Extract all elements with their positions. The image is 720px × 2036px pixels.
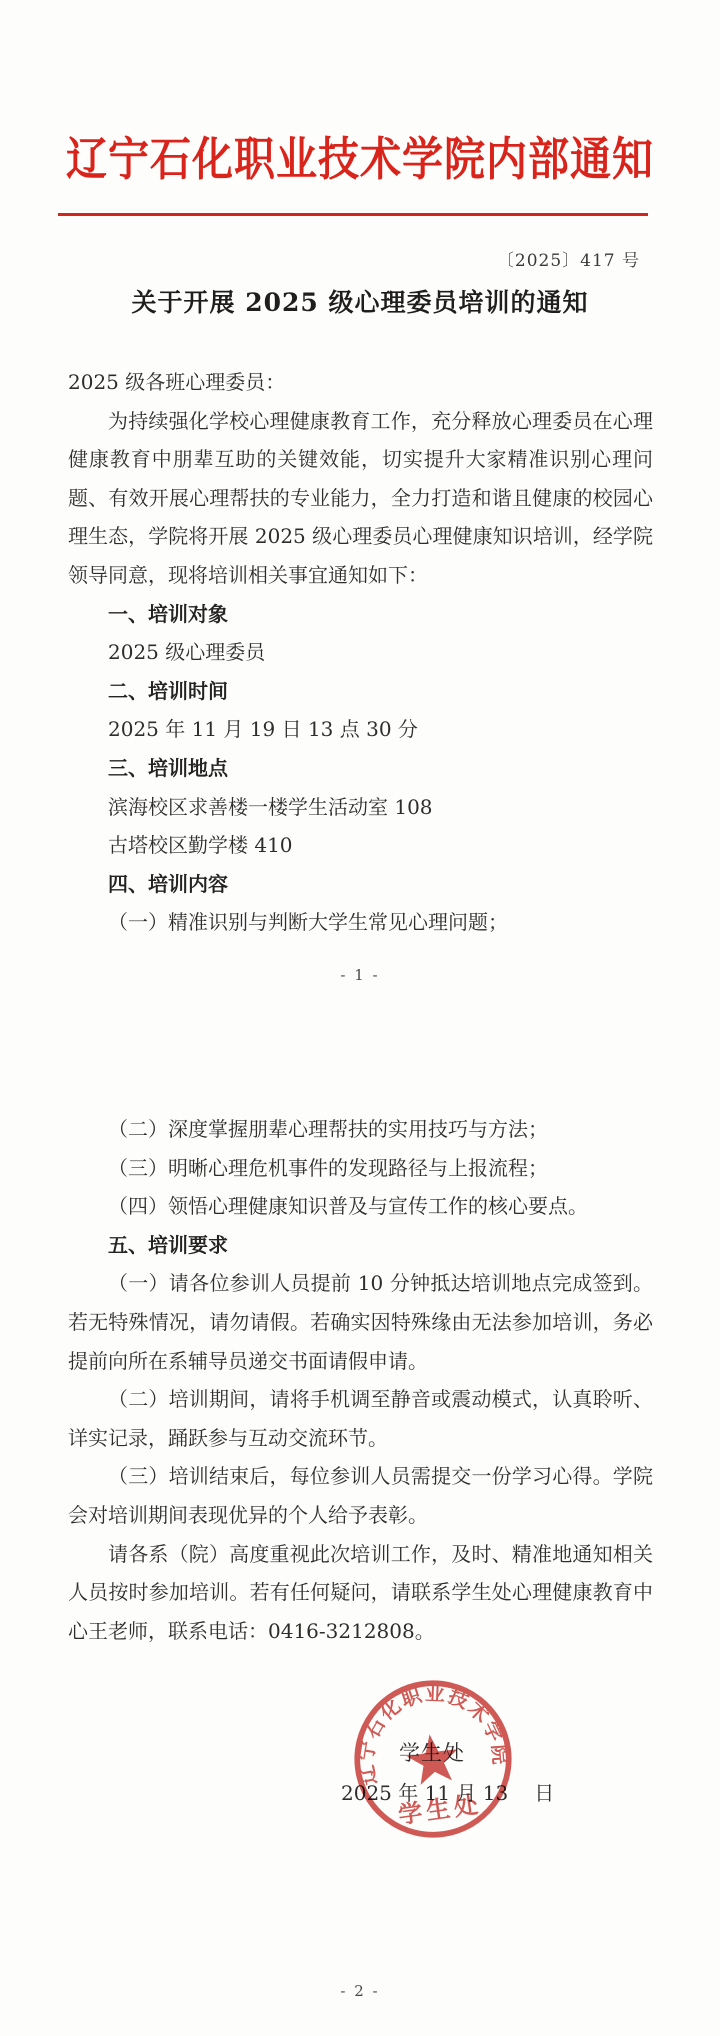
page2-number: - 2 - (0, 1982, 720, 2000)
letterhead-divider (58, 213, 648, 216)
section4-item2: （二）深度掌握朋辈心理帮扶的实用技巧与方法； (68, 1110, 653, 1149)
page1-body: 2025 级各班心理委员： 为持续强化学校心理健康教育工作，充分释放心理委员在心… (68, 363, 653, 942)
requirement3: （三）培训结束后，每位参训人员需提交一份学习心得。学院会对培训期间表现优异的个人… (68, 1457, 653, 1534)
section4-item3: （三）明晰心理危机事件的发现路径与上报流程； (68, 1149, 653, 1188)
seal-star-icon (404, 1731, 462, 1786)
section1-line: 2025 级心理委员 (68, 633, 653, 672)
intro-paragraph: 为持续强化学校心理健康教育工作，充分释放心理委员在心理健康教育中朋辈互助的关键效… (68, 402, 653, 595)
notice-title: 关于开展 2025 级心理委员培训的通知 (0, 283, 720, 319)
signature-date-day: 日 (534, 1781, 554, 1805)
section3-line2: 古塔校区勤学楼 410 (68, 826, 653, 865)
requirement1: （一）请各位参训人员提前 10 分钟抵达培训地点完成签到。若无特殊情况，请勿请假… (68, 1264, 653, 1380)
section4-item1: （一）精准识别与判断大学生常见心理问题； (68, 903, 653, 942)
page2-body: （二）深度掌握朋辈心理帮扶的实用技巧与方法； （三）明晰心理危机事件的发现路径与… (68, 1110, 653, 1650)
notice-document: 辽宁石化职业技术学院内部通知 〔2025〕417 号 关于开展 2025 级心理… (0, 0, 720, 2036)
section3-heading: 三、培训地点 (68, 749, 653, 788)
salutation: 2025 级各班心理委员： (68, 363, 653, 402)
letterhead-title: 辽宁石化职业技术学院内部通知 (0, 122, 720, 188)
official-seal: 辽宁石化职业技术学院 学生处 (339, 1665, 526, 1852)
section2-heading: 二、培训时间 (68, 672, 653, 711)
page1-number: - 1 - (0, 966, 720, 984)
section4-item4: （四）领悟心理健康知识普及与宣传工作的核心要点。 (68, 1187, 653, 1226)
seal-graphic: 辽宁石化职业技术学院 学生处 (339, 1665, 526, 1852)
section3-line1: 滨海校区求善楼一楼学生活动室 108 (68, 788, 653, 827)
section4-heading: 四、培训内容 (68, 865, 653, 904)
document-number: 〔2025〕417 号 (497, 246, 640, 271)
section1-heading: 一、培训对象 (68, 595, 653, 634)
section5-heading: 五、培训要求 (68, 1226, 653, 1265)
requirement2: （二）培训期间，请将手机调至静音或震动模式，认真聆听、详实记录，踊跃参与互动交流… (68, 1380, 653, 1457)
section2-line: 2025 年 11 月 19 日 13 点 30 分 (68, 710, 653, 749)
closing-paragraph: 请各系（院）高度重视此次培训工作，及时、精准地通知相关人员按时参加培训。若有任何… (68, 1535, 653, 1651)
